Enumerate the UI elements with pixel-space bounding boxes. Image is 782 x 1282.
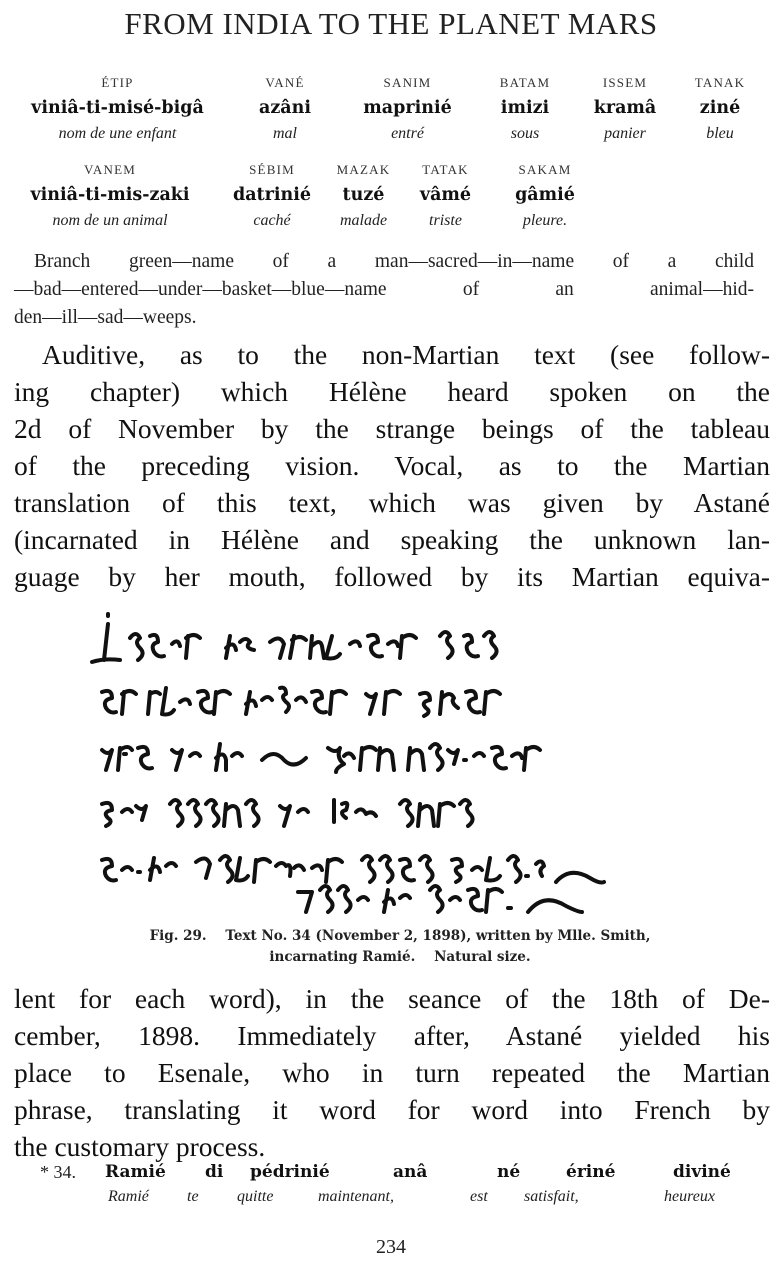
text-line: the customary process.: [14, 1128, 770, 1165]
french-word: triste: [408, 209, 483, 233]
martian-caps-word: VANEM: [10, 159, 210, 181]
text-line: lent for each word), in the seance of th…: [14, 980, 770, 1017]
french-word: nom de une enfant: [10, 122, 225, 146]
text-line: cember, 1898. Immediately after, Astané …: [14, 1017, 770, 1054]
french-word: maintenant,: [318, 1188, 394, 1206]
gloss-column: TATAK vâmé triste: [408, 159, 483, 233]
page-number: 234: [0, 1236, 782, 1259]
text-line: Branch green—name of a man—sacred—in—nam…: [14, 248, 754, 276]
martian-caps-word: VANÉ: [245, 72, 325, 94]
french-word: satisfait,: [524, 1188, 579, 1206]
martian-word: pédrinié: [250, 1162, 330, 1182]
martian-script-figure: [80, 608, 720, 918]
french-word: Ramié: [108, 1188, 149, 1206]
text-line: phrase, translating it word for word int…: [14, 1091, 770, 1128]
body-paragraph-1: Auditive, as to the non-Martian text (se…: [14, 336, 770, 595]
martian-caps-word: TANAK: [680, 72, 760, 94]
french-word: heureux: [664, 1188, 715, 1206]
english-gloss: Branch green—name of a man—sacred—in—nam…: [14, 248, 754, 332]
french-word: sous: [485, 122, 565, 146]
martian-caps-word: SAKAM: [500, 159, 590, 181]
text-line: 2d of November by the strange beings of …: [14, 410, 770, 447]
martian-caps-word: MAZAK: [326, 159, 401, 181]
figure-caption: Fig. 29. Text No. 34 (November 2, 1898),…: [60, 926, 740, 968]
french-word: nom de un animal: [10, 209, 210, 233]
martian-caps-word: SANIM: [350, 72, 465, 94]
martian-word: azâni: [245, 94, 325, 122]
gloss-column: VANÉ azâni mal: [245, 72, 325, 146]
french-word: est: [470, 1188, 488, 1206]
text-line: place to Esenale, who in turn repeated t…: [14, 1054, 770, 1091]
french-word: quitte: [237, 1188, 273, 1206]
martian-word: kramâ: [585, 94, 665, 122]
text-line: ing chapter) which Hélène heard spoken o…: [14, 373, 770, 410]
french-word: entré: [350, 122, 465, 146]
french-word: bleu: [680, 122, 760, 146]
text-line: guage by her mouth, followed by its Mart…: [14, 558, 770, 595]
gloss-column: BATAM imizi sous: [485, 72, 565, 146]
martian-word: tuzé: [326, 181, 401, 209]
text-line: (incarnated in Hélène and speaking the u…: [14, 521, 770, 558]
french-word: malade: [326, 209, 401, 233]
french-word: mal: [245, 122, 325, 146]
french-word: pleure.: [500, 209, 590, 233]
text-line: —bad—entered—under—basket—blue—name of a…: [14, 276, 754, 304]
gloss-column: VANEM viniâ-ti-mis-zaki nom de un animal: [10, 159, 210, 233]
gloss-column: SÉBIM datrinié caché: [222, 159, 322, 233]
gloss-column: SAKAM gâmié pleure.: [500, 159, 590, 233]
gloss-column: MAZAK tuzé malade: [326, 159, 401, 233]
gloss-column: ÉTIP viniâ-ti-misé-bigâ nom de une enfan…: [10, 72, 225, 146]
martian-word: gâmié: [500, 181, 590, 209]
french-word: caché: [222, 209, 322, 233]
text-line: den—ill—sad—weeps.: [14, 304, 754, 332]
gloss-column: SANIM maprinié entré: [350, 72, 465, 146]
martian-caps-word: ÉTIP: [10, 72, 225, 94]
caption-line: Fig. 29. Text No. 34 (November 2, 1898),…: [60, 926, 740, 947]
text-line: translation of this text, which was give…: [14, 484, 770, 521]
martian-word: vâmé: [408, 181, 483, 209]
martian-word: viniâ-ti-misé-bigâ: [10, 94, 225, 122]
french-word: panier: [585, 122, 665, 146]
martian-word: datrinié: [222, 181, 322, 209]
gloss-column: TANAK ziné bleu: [680, 72, 760, 146]
martian-word: ériné: [566, 1162, 615, 1182]
martian-word: di: [205, 1162, 223, 1182]
gloss-column: ISSEM kramâ panier: [585, 72, 665, 146]
martian-caps-word: BATAM: [485, 72, 565, 94]
martian-word: imizi: [485, 94, 565, 122]
martian-word: maprinié: [350, 94, 465, 122]
martian-caps-word: SÉBIM: [222, 159, 322, 181]
french-word: te: [187, 1188, 199, 1206]
martian-caps-word: TATAK: [408, 159, 483, 181]
text-line: Auditive, as to the non-Martian text (se…: [14, 336, 770, 373]
martian-word: ziné: [680, 94, 760, 122]
example-number: * 34.: [40, 1162, 76, 1183]
martian-caps-word: ISSEM: [585, 72, 665, 94]
martian-word: Ramié: [105, 1162, 166, 1182]
body-paragraph-2: lent for each word), in the seance of th…: [14, 980, 770, 1165]
running-head: FROM INDIA TO THE PLANET MARS: [0, 6, 782, 42]
caption-line: incarnating Ramié. Natural size.: [60, 947, 740, 968]
text-line: of the preceding vision. Vocal, as to th…: [14, 447, 770, 484]
handwritten-script-image: [80, 608, 720, 918]
martian-word: né: [497, 1162, 520, 1182]
martian-word: viniâ-ti-mis-zaki: [10, 181, 210, 209]
martian-word: anâ: [393, 1162, 427, 1182]
martian-word: diviné: [673, 1162, 731, 1182]
